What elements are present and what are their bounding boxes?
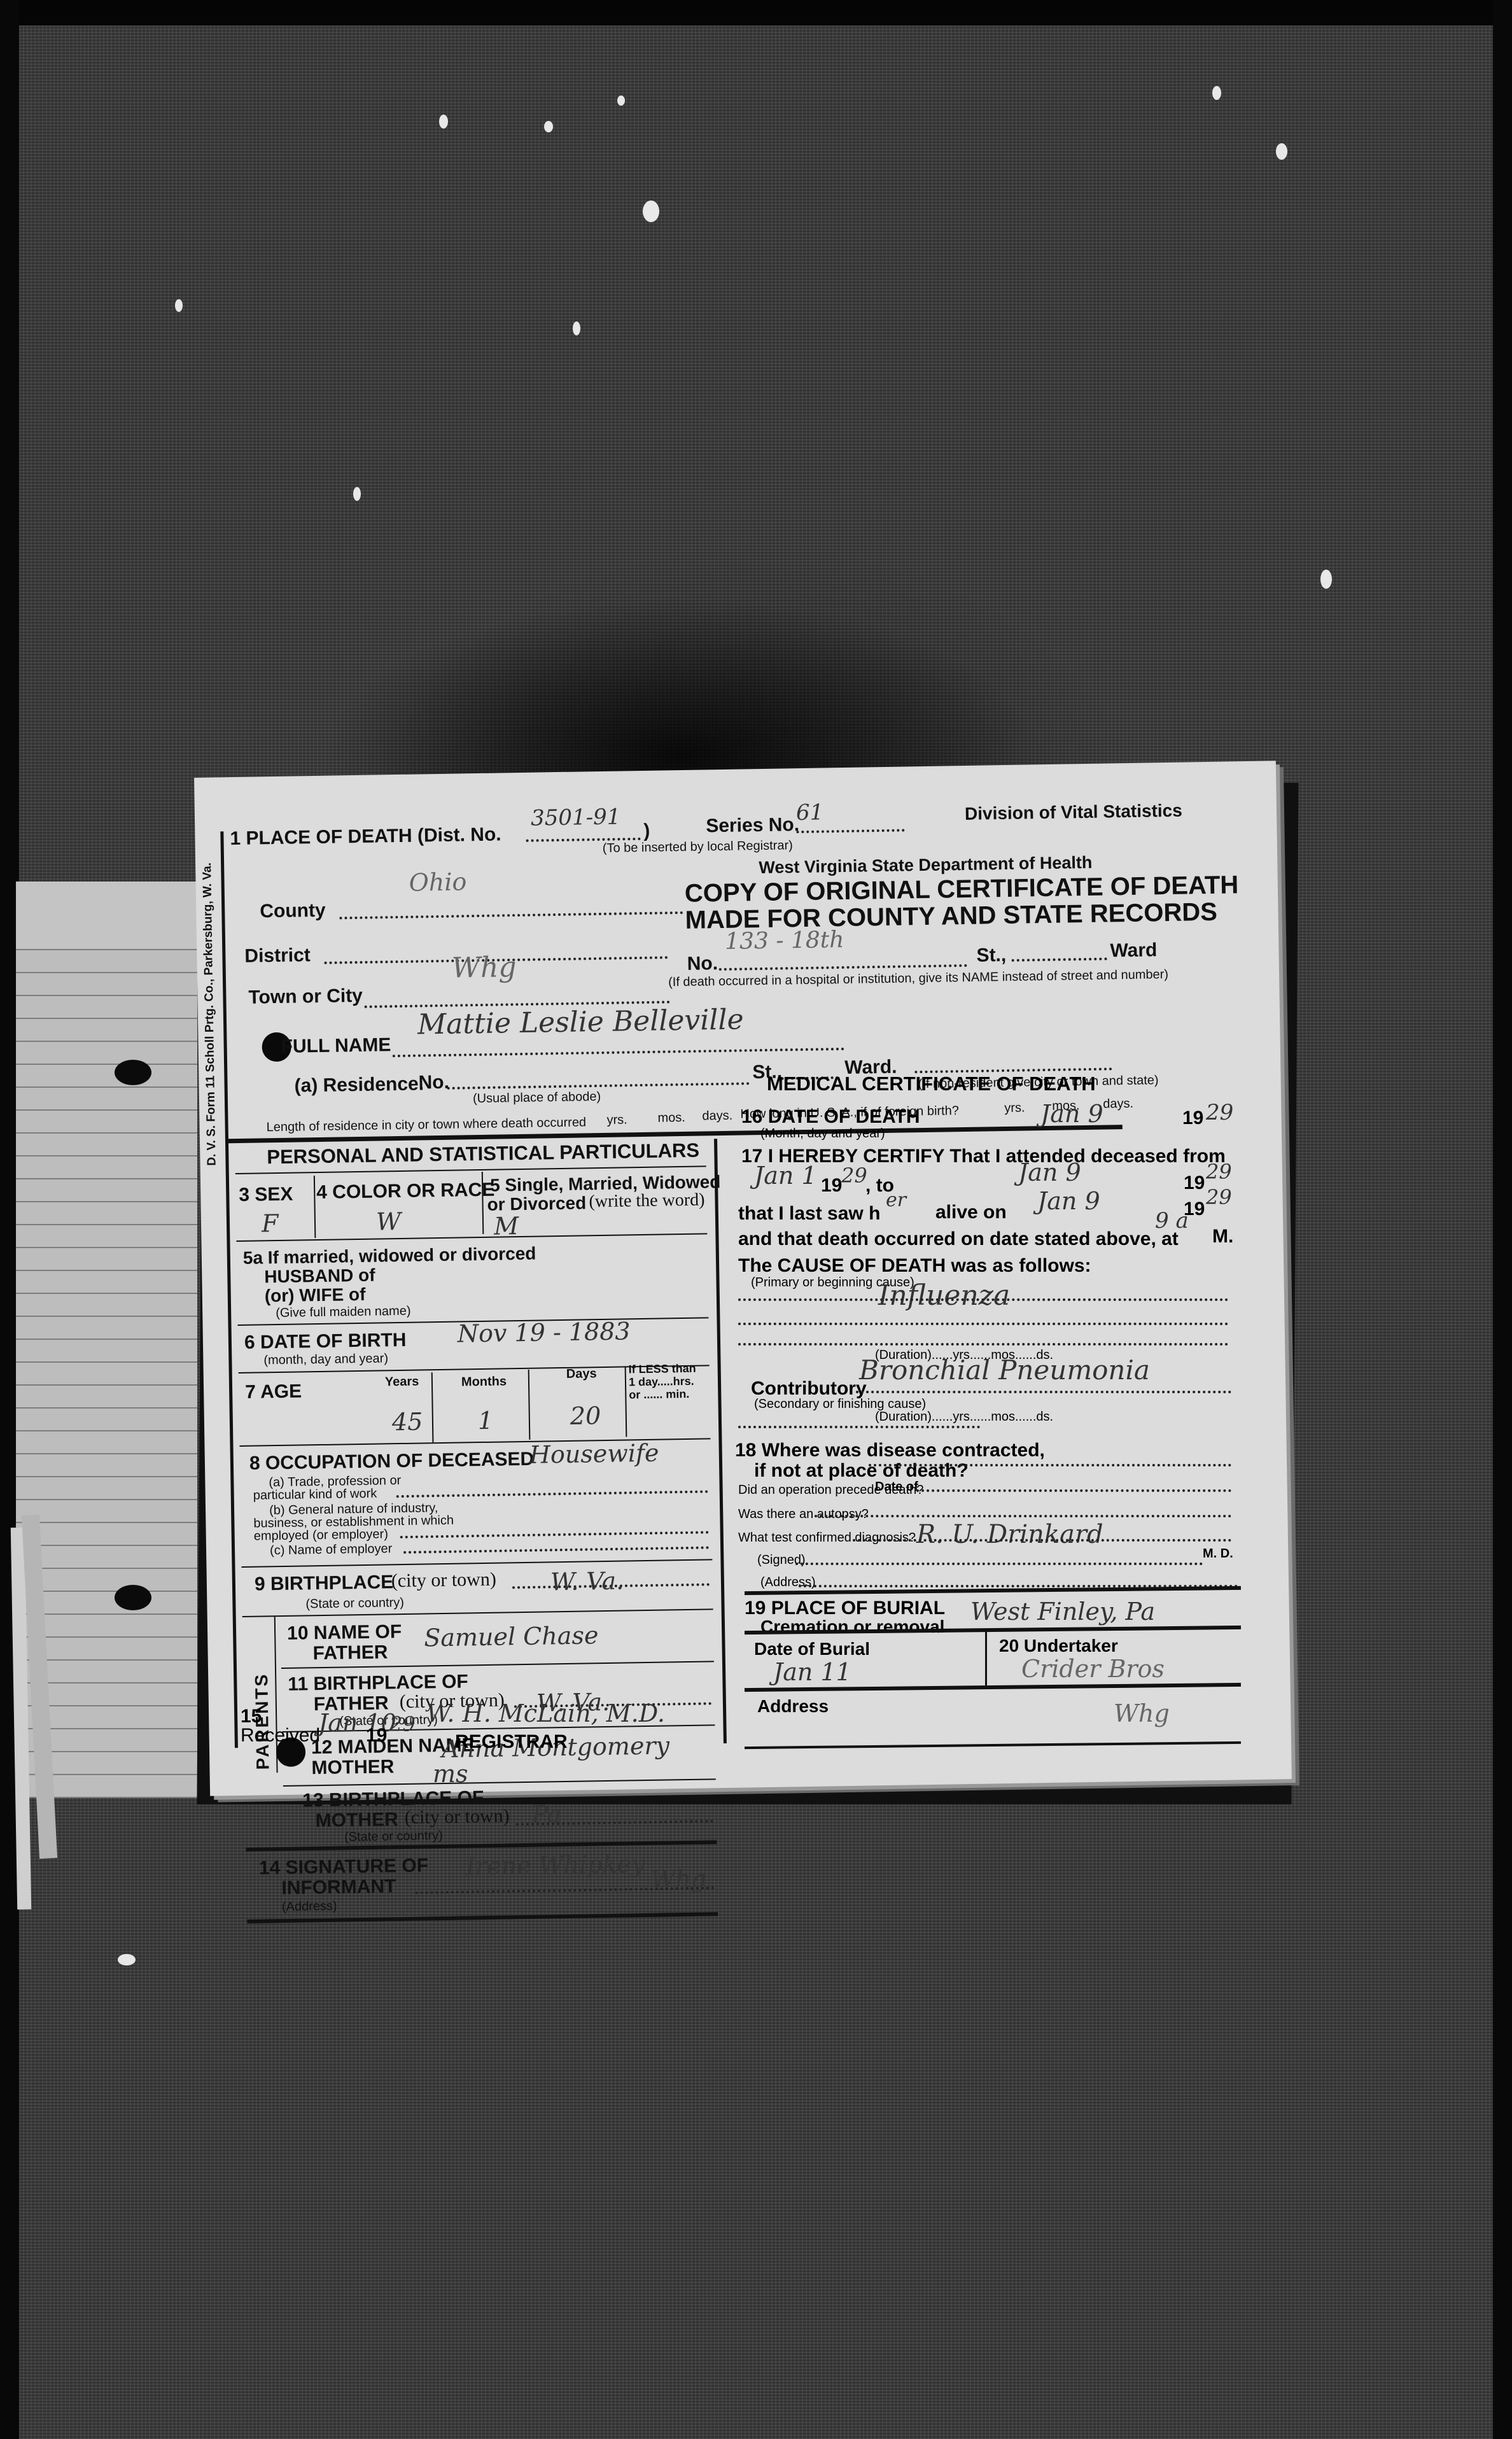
received-label: Received [241, 1725, 320, 1747]
informant-label: 14 SIGNATURE OF [259, 1855, 429, 1879]
series-no-value: 61 [796, 799, 824, 826]
alive-on-label: alive on [935, 1202, 1007, 1223]
age-label: 7 AGE [245, 1381, 302, 1403]
mother-birthplace-label-2: MOTHER [316, 1809, 399, 1832]
dust-speck [118, 1954, 136, 1965]
birthplace-label: 9 BIRTHPLACE [255, 1571, 394, 1595]
burial-date-value: Jan 11 [773, 1658, 851, 1686]
marital-note: (write the word) [589, 1190, 704, 1212]
age-months-label: Months [461, 1374, 507, 1389]
death-occurred-label: and that death occurred on date stated a… [738, 1228, 1179, 1250]
rule [528, 1370, 531, 1440]
attended-from-year-prefix: 19 [821, 1175, 842, 1197]
less-than-hrs: 1 day.....hrs. [629, 1375, 694, 1389]
dust-speck [1212, 86, 1221, 100]
dotted-line [815, 1515, 1231, 1517]
age-months-value: 1 [478, 1407, 494, 1435]
dust-speck [544, 121, 553, 132]
dotted-line [339, 911, 683, 919]
dotted-line [916, 1489, 1231, 1492]
spouse-label-wife: (or) WIFE of [265, 1284, 366, 1306]
town-value: Whg [451, 951, 517, 985]
hospital-note: (If death occurred in a hospital or inst… [668, 967, 1168, 990]
undertaker-address-label: Address [757, 1696, 829, 1717]
race-value: W [376, 1207, 402, 1236]
test-label: What test confirmed diagnosis? [738, 1531, 916, 1545]
dust-speck [1276, 143, 1287, 160]
medical-section-title: MEDICAL CERTIFICATE OF DEATH [767, 1072, 1096, 1095]
burial-place-label: 19 PLACE OF BURIAL [745, 1598, 945, 1619]
less-than-min: or ...... min. [629, 1388, 689, 1402]
punch-hole [115, 1060, 151, 1085]
attended-from-value: Jan 1 [754, 1162, 817, 1190]
spouse-note: (Give full maiden name) [276, 1304, 411, 1321]
district-label: District [244, 945, 311, 967]
md-label: M. D. [1203, 1547, 1233, 1561]
age-years-value: 45 [392, 1407, 423, 1436]
film-border [0, 0, 1512, 25]
dotted-line [869, 1464, 1231, 1466]
dotted-line [738, 1343, 1228, 1346]
attended-to-year: 29 [1206, 1160, 1232, 1184]
contributory-value: Bronchial Pneumonia [859, 1354, 1150, 1386]
registrar-signature: W. H. McLain, M.D. [426, 1699, 665, 1727]
residence-label: (a) Residence. [294, 1073, 424, 1097]
personal-section-title: PERSONAL AND STATISTICAL PARTICULARS [267, 1139, 699, 1169]
full-name-label: FULL NAME [281, 1034, 391, 1058]
sex-value: F [262, 1209, 279, 1237]
father-name-label-2: FATHER [312, 1641, 388, 1664]
dotted-line [447, 1082, 750, 1089]
dotted-line [719, 964, 967, 971]
occupation-value: Housewife [529, 1439, 659, 1469]
dotted-line [796, 829, 904, 833]
spouse-label: 5a If married, widowed or divorced [243, 1244, 536, 1269]
rule [625, 1367, 627, 1437]
signed-label: (Signed) [757, 1553, 806, 1568]
registrar-num: 15 [241, 1706, 262, 1727]
date-of-death-label: 16 DATE OF DEATH [741, 1106, 920, 1128]
informant-value: Irene Whipkey [466, 1850, 645, 1880]
street-no-label: No. [687, 953, 718, 975]
dotted-line [400, 1531, 709, 1538]
date-of-death-value: Jan 9 [1040, 1100, 1103, 1128]
alive-on-year: 29 [1206, 1185, 1232, 1209]
informant-note: (Address) [282, 1899, 337, 1915]
abode-note: (Usual place of abode) [473, 1090, 601, 1106]
dotted-line [738, 1323, 1228, 1325]
father-name-value: Samuel Chase [424, 1621, 599, 1652]
dust-speck [617, 95, 625, 106]
dust-speck [573, 321, 580, 335]
days-label: days. [702, 1109, 732, 1124]
birthplace-value: W. Va. [550, 1567, 624, 1596]
mother-birthplace-note: (State or country) [344, 1829, 443, 1845]
left-border-rule [220, 831, 238, 1748]
signed-physician-value: R. U. Drinkard [916, 1520, 1103, 1549]
rule [241, 1559, 712, 1568]
full-name-value: Mattie Leslie Belleville [417, 1003, 744, 1041]
attended-to-value: Jan 9 [1018, 1158, 1081, 1186]
county-value: Ohio [409, 868, 466, 896]
series-no-label: Series No. [706, 814, 799, 837]
dotted-line [795, 1563, 1203, 1565]
informant-label-2: INFORMANT [281, 1876, 396, 1899]
birthplace-sub: (city or town) [391, 1569, 496, 1592]
occupation-a-note-2: particular kind of work [253, 1487, 377, 1503]
mother-birthplace-sub: (city or town) [404, 1805, 509, 1829]
rule [314, 1176, 316, 1238]
date-of-death-year-prefix: 19 [1182, 1107, 1203, 1129]
film-border [1493, 0, 1512, 2439]
occupation-c-note: (c) Name of employer [270, 1542, 393, 1558]
age-days-value: 20 [570, 1402, 601, 1430]
length-residence-label: Length of residence in city or town wher… [266, 1115, 586, 1135]
occupation-label: 8 OCCUPATION OF DECEASED [249, 1449, 535, 1475]
received-year: 29 [389, 1712, 416, 1736]
dust-speck [353, 487, 361, 501]
ward-label: Ward [1110, 939, 1157, 962]
division-label: Division of Vital Statistics [965, 801, 1182, 824]
dust-speck [643, 200, 659, 222]
cause-label: The CAUSE OF DEATH was as follows: [738, 1255, 1091, 1277]
dotted-line [403, 1546, 709, 1554]
dust-speck [175, 299, 183, 312]
dotted-line [738, 1426, 980, 1428]
dust-speck [439, 115, 448, 129]
death-certificate: D. V. S. Form 11 Scholl Prtg. Co., Parke… [194, 761, 1292, 1796]
burial-place-value: West Finley, Pa [970, 1598, 1155, 1626]
race-label: 4 COLOR OR RACE [316, 1179, 495, 1204]
received-year-prefix: 19 [366, 1725, 387, 1747]
place-of-death-label: 1 PLACE OF DEATH [230, 826, 412, 849]
undertaker-label: 20 Undertaker [999, 1636, 1118, 1656]
father-name-label: 10 NAME OF [287, 1621, 402, 1645]
rule [431, 1372, 434, 1442]
county-label: County [260, 900, 326, 923]
printer-imprint: D. V. S. Form 11 Scholl Prtg. Co., Parke… [200, 862, 219, 1166]
m-label: M. [1212, 1226, 1233, 1248]
dist-no-close: ) [643, 820, 650, 842]
contracted-label: 18 Where was disease contracted, [735, 1440, 1045, 1461]
sex-label: 3 SEX [239, 1184, 293, 1206]
occupation-b-note-3: employed (or employer) [254, 1527, 389, 1543]
mos-label: mos. [657, 1111, 685, 1126]
attended-from-year: 29 [841, 1163, 867, 1188]
burial-date-label: Date of Burial [754, 1639, 870, 1659]
yrs-label: yrs. [1004, 1101, 1025, 1116]
residence-no-label: No. [418, 1072, 449, 1094]
undertaker-address-value: Whg [1114, 1699, 1170, 1727]
dotted-line [856, 1391, 1231, 1393]
column-divider [714, 1139, 727, 1743]
mother-name-label-2: MOTHER [311, 1756, 395, 1779]
age-days-label: Days [566, 1367, 597, 1382]
physician-address-label: (Address) [760, 1575, 816, 1590]
date-of-death-year: 29 [1206, 1100, 1233, 1125]
operation-date-label: Date of [875, 1480, 918, 1494]
primary-cause-value: Influenza [878, 1279, 1010, 1312]
last-saw-pronoun: er [886, 1189, 906, 1211]
mother-birthplace-value: Pa [531, 1800, 561, 1829]
dob-note: (month, day and year) [263, 1351, 388, 1368]
registrar-initials: ms [433, 1760, 468, 1788]
dotted-line [393, 1048, 844, 1057]
rule [985, 1629, 987, 1685]
punch-hole [115, 1585, 151, 1610]
yrs-label: yrs. [606, 1113, 627, 1128]
dist-no-note: (To be inserted by local Registrar) [603, 838, 793, 856]
rule [236, 1233, 707, 1242]
dob-label: 6 DATE OF BIRTH [244, 1330, 407, 1354]
undertaker-value: Crider Bros [1021, 1655, 1165, 1683]
dist-no-value: 3501-91 [531, 804, 621, 831]
street-label: St., [976, 945, 1006, 967]
dob-value: Nov 19 - 1883 [457, 1317, 630, 1347]
dotted-line [1012, 958, 1107, 962]
alive-on-value: Jan 9 [1037, 1187, 1100, 1215]
last-saw-label: that I last saw h [738, 1203, 880, 1225]
registrar-label: REGISTRAR [455, 1731, 568, 1753]
dotted-line [853, 1539, 1231, 1542]
birthplace-note: (State or country) [305, 1596, 404, 1612]
time-of-death-value: 9 a [1155, 1208, 1189, 1234]
secondary-duration-label: (Duration)......yrs......mos......ds. [875, 1410, 1053, 1424]
date-of-death-note: (Month, day and year) [760, 1127, 885, 1141]
rule [283, 1778, 716, 1787]
contributory-label: Contributory [751, 1378, 867, 1400]
street-no-value: 133 - 18th [725, 927, 844, 955]
days-label: days. [1103, 1097, 1133, 1112]
attended-to-year-prefix: 19 [1184, 1172, 1205, 1194]
dist-no-label: (Dist. No. [417, 824, 501, 846]
town-label: Town or City [248, 985, 363, 1009]
dotted-line [396, 1490, 708, 1498]
dotted-line [738, 1298, 1228, 1301]
age-years-label: Years [385, 1375, 419, 1390]
dust-speck [1320, 570, 1332, 589]
